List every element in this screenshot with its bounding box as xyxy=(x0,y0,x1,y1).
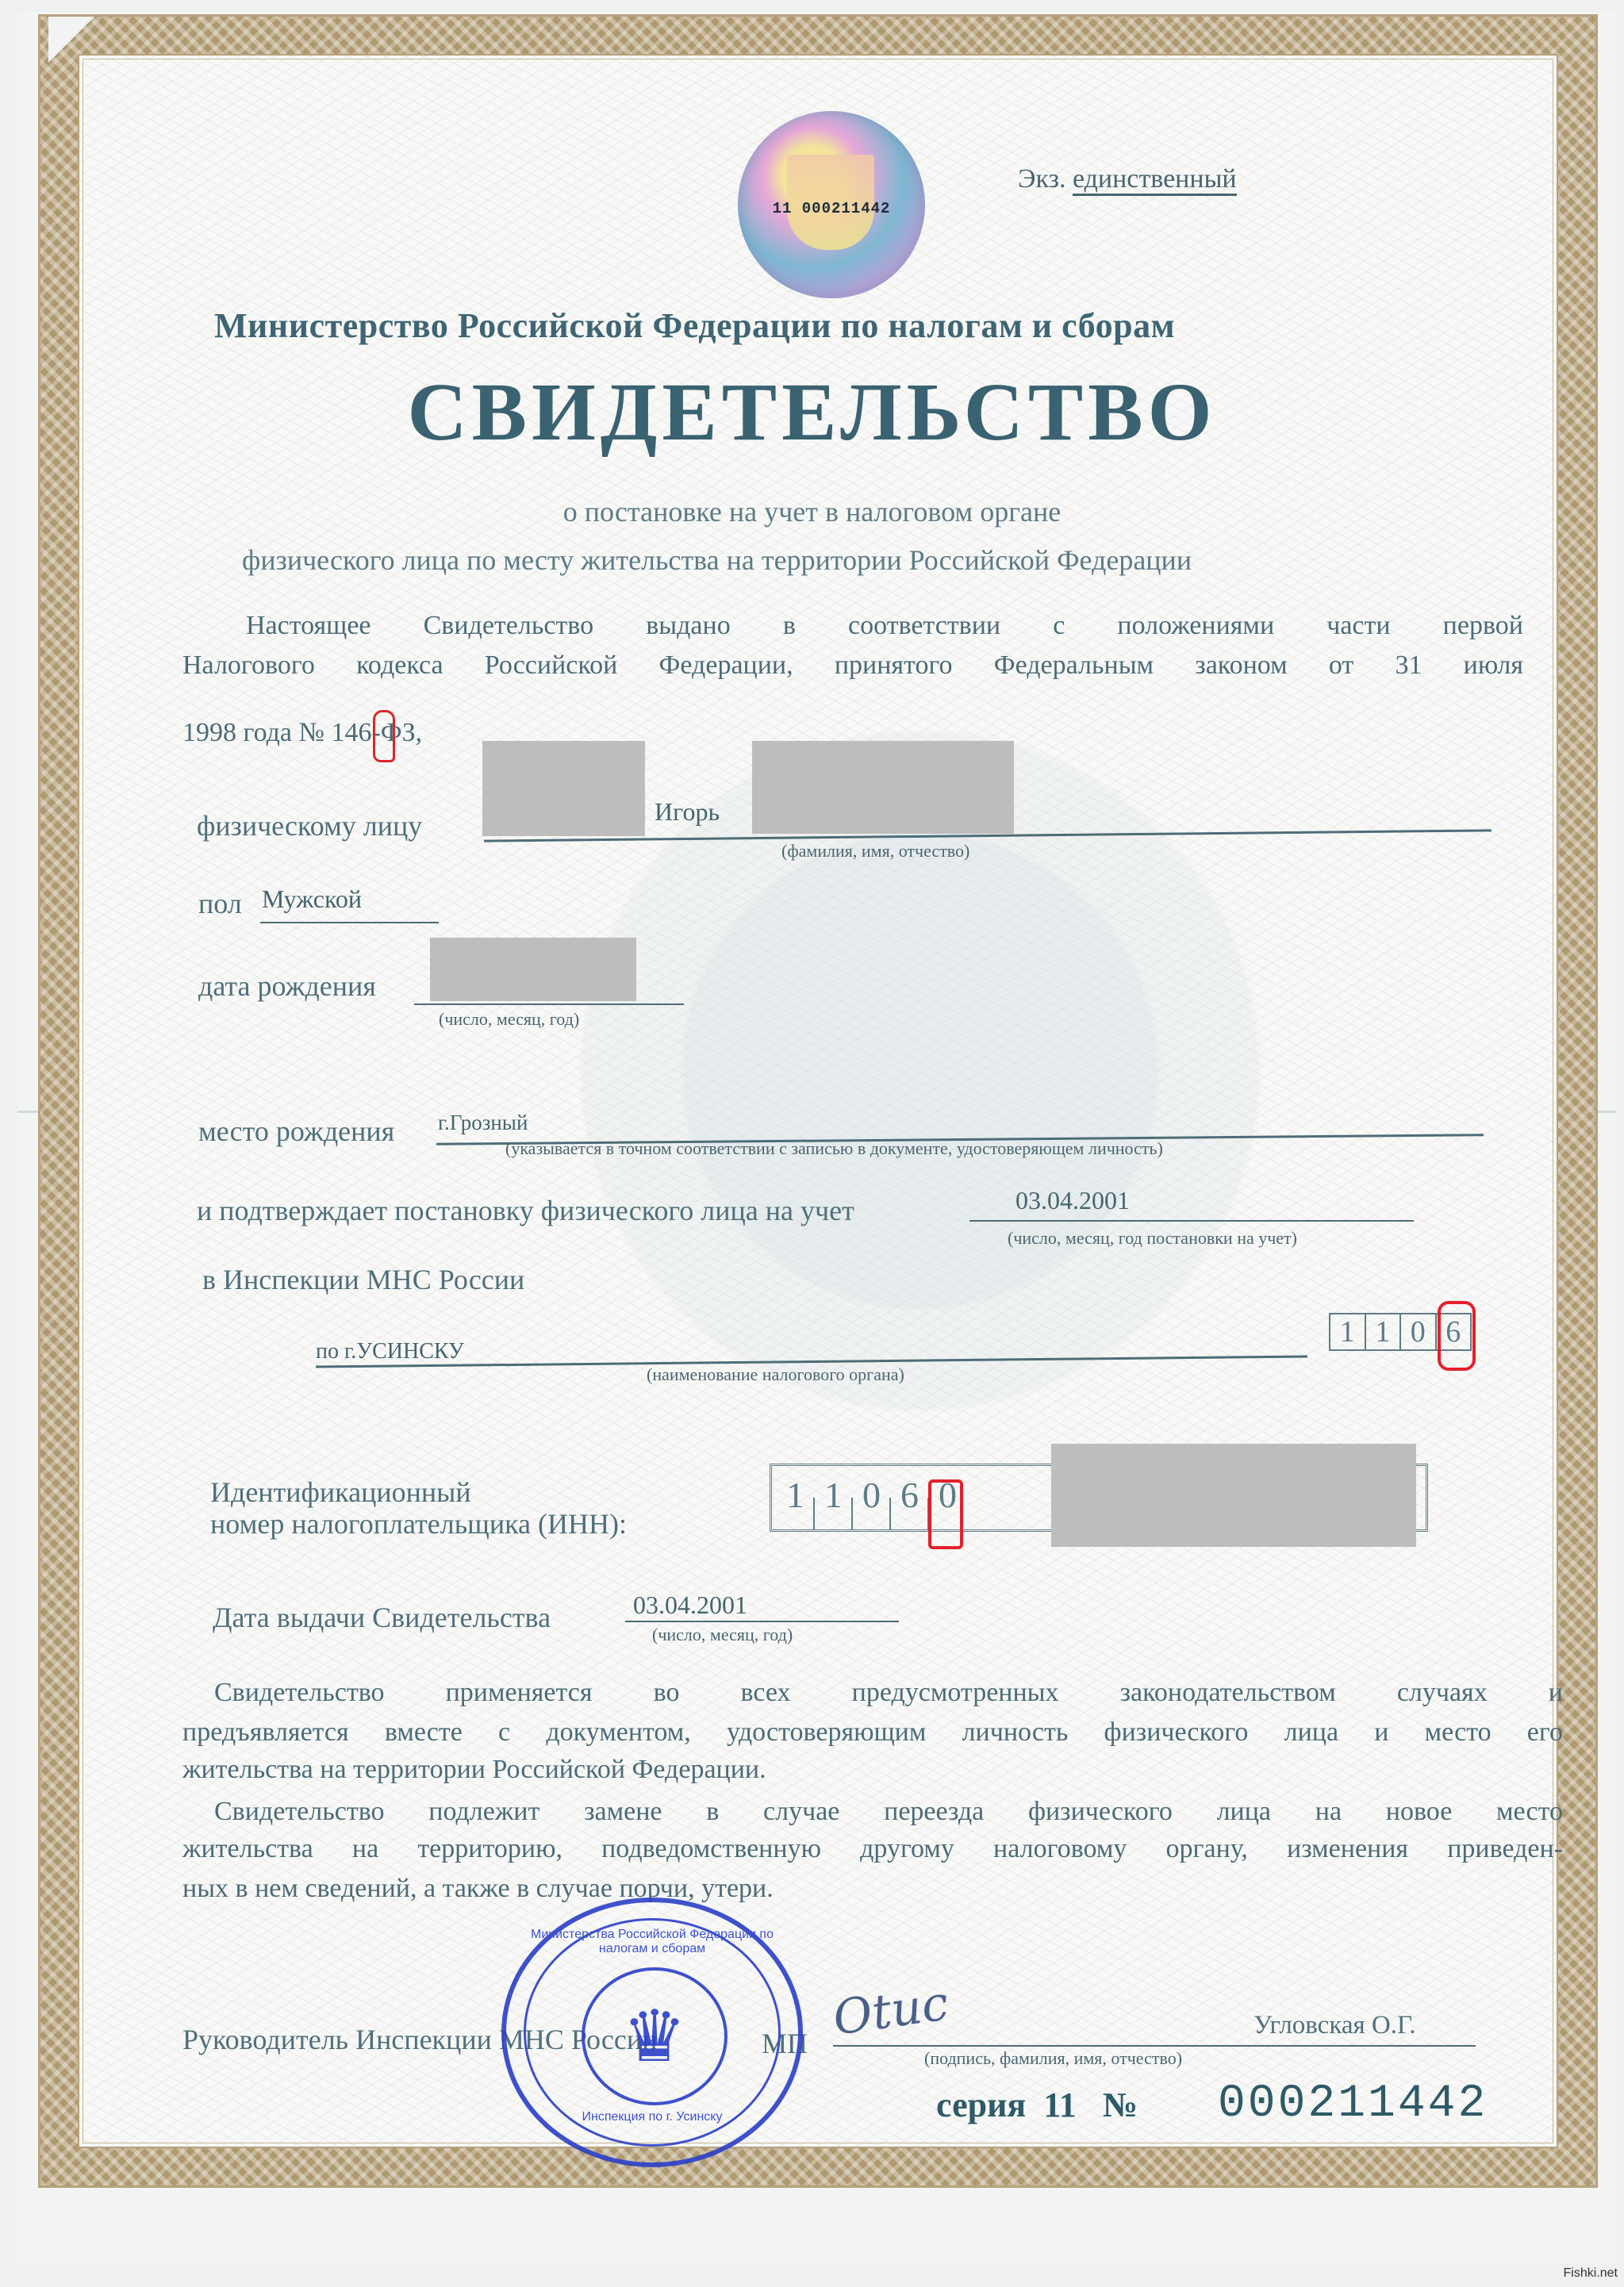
birth-place-label: место рождения xyxy=(198,1115,394,1148)
redacted-patronymic xyxy=(752,741,1014,834)
double-headed-eagle-icon: ♛ xyxy=(582,1967,728,2105)
code-digit: 0 xyxy=(1401,1314,1437,1349)
series-value: 11 xyxy=(1043,2086,1077,2124)
sex-label: пол xyxy=(198,887,242,920)
person-hint: (фамилия, имя, отчество) xyxy=(781,841,969,861)
subtitle-line-2: физического лица по месту жительства на … xyxy=(242,543,1192,577)
notice-p2-line-3: ных в нем сведений, а также в случае пор… xyxy=(182,1874,1563,1904)
inn-digit: 6 xyxy=(900,1474,919,1516)
stamp-outer-text: Министерства Российской Федерации по нал… xyxy=(506,1928,798,1956)
birth-date-underline xyxy=(414,1003,684,1005)
official-stamp: Министерства Российской Федерации по нал… xyxy=(501,1898,803,2167)
redacted-surname xyxy=(482,741,645,836)
inspection-hint: (наименование налогового органа) xyxy=(647,1364,904,1385)
registration-hint: (число, месяц, год постановки на учет) xyxy=(1008,1228,1297,1249)
code-digit: 1 xyxy=(1366,1314,1402,1349)
signatory-name: Угловская О.Г. xyxy=(1254,2011,1416,2040)
redacted-inn xyxy=(1051,1444,1416,1547)
issue-date-value: 03.04.2001 xyxy=(633,1591,747,1620)
birth-date-label: дата рождения xyxy=(198,969,376,1003)
red-annotation-inn xyxy=(928,1479,963,1549)
series-field: серия 11 № xyxy=(936,2085,1138,2125)
notice-p1-line-1: Свидетельство применяется во всех предус… xyxy=(214,1678,1563,1708)
birth-place-value: г.Грозный xyxy=(438,1111,528,1135)
signature-underline xyxy=(833,2045,1476,2047)
birth-date-hint: (число, месяц, год) xyxy=(439,1009,579,1030)
notice-p2-line-2: жительства на территорию, подведомственн… xyxy=(182,1834,1563,1864)
notice-p1-line-3: жительства на территории Российской Феде… xyxy=(182,1755,1563,1785)
intro-line-1: Настоящее Свидетельство выдано в соответ… xyxy=(246,611,1523,641)
inspection-label: в Инспекции МНС России xyxy=(202,1263,524,1296)
certificate-number: 000211442 xyxy=(1218,2078,1488,2130)
sex-underline xyxy=(260,922,439,923)
registration-underline xyxy=(969,1220,1414,1222)
issue-date-underline xyxy=(625,1621,899,1622)
issue-date-label: Дата выдачи Свидетельства xyxy=(213,1601,551,1634)
code-digit: 1 xyxy=(1330,1314,1366,1349)
red-annotation-mark xyxy=(373,710,395,762)
inn-digit: 1 xyxy=(786,1474,804,1516)
inn-label-line-2: номер налогоплательщика (ИНН): xyxy=(210,1507,627,1541)
notice-p2-line-1: Свидетельство подлежит замене в случае п… xyxy=(214,1797,1563,1827)
intro-line-2: Налогового кодекса Российской Федерации,… xyxy=(182,650,1523,681)
red-annotation-code xyxy=(1438,1301,1476,1371)
hologram-seal-icon: 11 000211442 xyxy=(738,111,925,298)
inn-digit: 0 xyxy=(862,1474,881,1516)
person-first-name: Игорь xyxy=(655,797,720,827)
copy-field: Экз. единственный xyxy=(1018,164,1237,194)
copy-value: единственный xyxy=(1073,164,1237,196)
hologram-number: 11 000211442 xyxy=(762,200,901,217)
subtitle-line-1: о постановке на учет в налоговом органе xyxy=(0,495,1624,528)
person-label: физическому лицу xyxy=(197,809,422,842)
registration-label: и подтверждает постановку физического ли… xyxy=(197,1194,854,1227)
series-label: серия xyxy=(936,2086,1026,2124)
ministry-name: Министерство Российской Федерации по нал… xyxy=(214,305,1175,346)
sex-value: Мужской xyxy=(262,884,362,914)
inn-digit: 1 xyxy=(824,1474,843,1516)
inn-label-line-1: Идентификационный xyxy=(210,1475,471,1509)
number-sign: № xyxy=(1103,2086,1138,2124)
inspection-value: по г.УСИНСКУ xyxy=(316,1339,464,1364)
birth-place-hint: (указывается в точном соответствии с зап… xyxy=(505,1138,1163,1159)
document-title: СВИДЕТЕЛЬСТВО xyxy=(0,365,1624,459)
stamp-inner-text: Инспекция по г. Усинску xyxy=(506,2110,798,2124)
copy-label: Экз. xyxy=(1018,164,1065,194)
issue-date-hint: (число, месяц, год) xyxy=(652,1625,793,1645)
notice-p1-line-2: предъявляется вместе с документом, удост… xyxy=(182,1717,1563,1748)
redacted-birth-date xyxy=(430,938,636,1001)
registration-date: 03.04.2001 xyxy=(1015,1186,1130,1215)
signatory-hint: (подпись, фамилия, имя, отчество) xyxy=(924,2048,1182,2069)
site-watermark: Fishki.net xyxy=(1564,2266,1618,2281)
